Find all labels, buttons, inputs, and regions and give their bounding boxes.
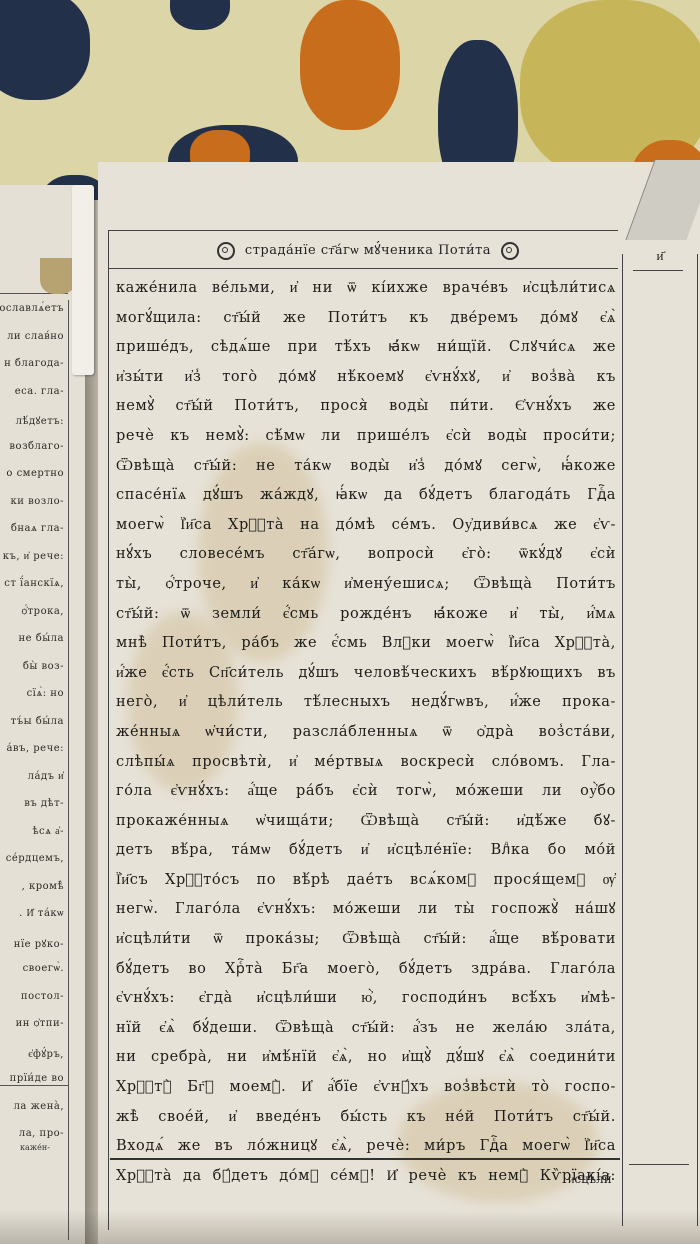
left-text-line: сїѧ̀: но <box>27 688 64 699</box>
text-line: го́ла є҆ѵнꙋ́хъ: а҆́ще ра́бъ є҆сѝ тогѡ̀, … <box>116 777 616 807</box>
text-line: Хрⷭ҇тꙋ̀ Бг҃ꙋ моемꙋ̀. И҆ а҆́бїе є҆ѵнꙋ́хъ … <box>116 1073 616 1103</box>
repair-tape <box>72 185 94 375</box>
text-line: моегѡ̀ Ї҆и҃са Хрⷭ҇та̀ на до́мѣ се́мъ. Оу… <box>116 511 616 541</box>
left-text-line: къ, и҆ рече: <box>3 551 64 562</box>
left-page-bottom-rule <box>0 1085 68 1086</box>
text-line: и҆зы́ти и҆з̾ того̀ до́мꙋ нѣ́коемꙋ є҆ѵнꙋ́… <box>116 363 616 393</box>
left-text-line: бнаѧ гла- <box>11 523 64 534</box>
left-text-line: прїи́де во <box>10 1073 64 1084</box>
text-line: нїй є҆ѧ̀ бꙋ́деши. Ѿвѣща̀ ст҃ы́й: а҆́зъ н… <box>116 1014 616 1044</box>
left-text-line: н благода- <box>4 358 64 369</box>
left-text-line: постол- <box>21 991 64 1002</box>
left-text-line: ли слав́но <box>7 331 64 342</box>
margin-column: и҃ <box>622 254 698 1226</box>
left-text-line: о смертно <box>6 468 64 479</box>
folio-number: и҃ <box>623 248 697 264</box>
text-line: могꙋ́щила: ст҃ы́й же Поти́тъ къ две́ремъ… <box>116 304 616 334</box>
left-text-line: нїе рꙋко- <box>14 936 64 950</box>
right-page: страда́нїе ст҃а́гѡ мꙋ́ченика Поти́та и҃ … <box>98 162 700 1244</box>
left-text-line: своегѡ̀. <box>23 963 64 974</box>
left-text-line: ла, про- <box>19 1128 64 1139</box>
left-text-line: лѣ́дꙋетъ: <box>16 413 64 427</box>
left-text-line: , кромѣ̀ <box>22 881 64 892</box>
left-text-line: . И҆ та́кѡ <box>19 908 64 919</box>
left-text-line: не бы́ла <box>18 633 64 644</box>
text-line: детъ вѣ́ра, та́мѡ бꙋ́детъ и҆ и҆сцѣле́нїе… <box>116 836 616 866</box>
left-text-line: ин ѻ҆тпи- <box>16 1018 64 1029</box>
text-line: речѐ къ немꙋ̀: сѣ́мѡ ли прише́лъ є҆сѝ во… <box>116 422 616 452</box>
left-text-line: возблаго- <box>9 441 64 452</box>
bottom-shadow <box>0 1210 700 1244</box>
left-text-line: въ дѣт- <box>24 798 64 809</box>
text-line: мнѣ̀ Поти́тъ, ра́бъ же є҆́смь Влⷣки моег… <box>116 629 616 659</box>
text-line: прише́дъ, сѣдѧ́ше при тѣ́хъ ꙗ҆́кѡ ни́щїй… <box>116 333 616 363</box>
text-line: немꙋ̀ ст҃ы́й Поти́тъ, прося̀ воды̀ пи́ти… <box>116 392 616 422</box>
left-text-line: ѻ҆́трока, <box>21 606 64 617</box>
text-line: ст҃ы́й: ѿ земли́ є҆́смь рожде́нъ ꙗ҆́коже… <box>116 600 616 630</box>
paper-stain <box>40 258 76 294</box>
text-line: и҆сцѣли́ти ѿ прока́зы; Ѿвѣща̀ ст҃ы́й: а҆… <box>116 925 616 955</box>
text-line: є҆ѵнꙋ́хъ: є҆гда̀ и҆сцѣли́ши ю҆̀, господи… <box>116 984 616 1014</box>
left-page-catchword: каже́н- <box>20 1143 50 1152</box>
left-text-line: ѣсѧ а҆- <box>32 826 64 837</box>
catchword: и҆сцѣли́ <box>568 1172 612 1187</box>
text-line: слѣпы́ѧ просвѣтѝ, и҆ ме́ртвыѧ воскресѝ с… <box>116 748 616 778</box>
left-text-line: ославлѧ́етъ <box>0 303 64 314</box>
text-line: спасе́нїѧ дꙋ́шъ жа́ждꙋ, ꙗ҆́кѡ да бꙋ́детъ… <box>116 481 616 511</box>
text-line: Ї҆и҃съ Хрⷭ҇то́съ по вѣ́рѣ дае́тъ всѧ́ком… <box>116 866 616 896</box>
text-line: жѣ̀ своéй, и҆ введе́нъ бы́сть къ не́й По… <box>116 1103 616 1133</box>
text-line: Хрⷭ҇та̀ да бꙋ́детъ до́мꙋ се́мꙋ! И҆ речѐ … <box>116 1162 616 1192</box>
left-text-line: бы̀ воз- <box>23 661 64 672</box>
text-line: него̀, и҆ цѣли́тель тѣ́лесныхъ недꙋ́гѡвъ… <box>116 688 616 718</box>
footer-rule <box>110 1158 620 1160</box>
left-text-line: тъ́ы бы́ла <box>11 716 64 727</box>
body-text: каже́нила ве́льми, и҆ ни ѿ кі́ихже враче… <box>116 274 616 1191</box>
text-line: прокаже́нныѧ ѡ҆чища́ти; Ѿвѣща̀ ст҃ы́й: и… <box>116 807 616 837</box>
left-text-line: се́рдцемъ, <box>6 853 64 864</box>
text-line: нꙋ́хъ словесе́мъ ст҃а́гѡ, вопросѝ є҆го̀:… <box>116 540 616 570</box>
left-text-line: еса. гла- <box>15 386 64 397</box>
text-line: же́нныѧ ѡ҆чи́сти, разсла́бленныѧ ѿ ѻ҆дра… <box>116 718 616 748</box>
left-text-line: а́въ, рече: <box>6 743 64 754</box>
left-text-line: ла́дъ и҆ <box>28 771 64 782</box>
left-text-line: ки возло- <box>11 496 64 507</box>
left-text-line: ст ї́анскїѧ, <box>4 578 64 589</box>
text-line: негѡ̀. Глаго́ла є҆ѵнꙋ́хъ: мо́жеши ли ты̀… <box>116 895 616 925</box>
folio-rule <box>633 270 683 271</box>
text-line: ни сребра̀, ни и҆мѣ́нїй є҆ѧ̀, но и҆щꙋ̀ д… <box>116 1043 616 1073</box>
margin-bottom-rule <box>629 1164 689 1165</box>
text-line: каже́нила ве́льми, и҆ ни ѿ кі́ихже враче… <box>116 274 616 304</box>
text-line: бꙋ́детъ во Хрⷭ҇та̀ Бг҃а моего̀, бꙋ́детъ … <box>116 955 616 985</box>
left-text-line: є҆фꙋ́ръ, <box>28 1046 64 1060</box>
text-line: ты̀, ѻ҆́троче, и҆ ка́кѡ и҆мену́ешисѧ; Ѿв… <box>116 570 616 600</box>
text-line: и҆́же є҆́сть Сп҃си́тель дꙋ́шъ человѣ́чес… <box>116 659 616 689</box>
left-text-line: ла жена̀, <box>14 1101 64 1112</box>
text-line: Ѿвѣща̀ ст҃ы́й: не та́кѡ воды̀ и҆з̾ до́мꙋ… <box>116 452 616 482</box>
